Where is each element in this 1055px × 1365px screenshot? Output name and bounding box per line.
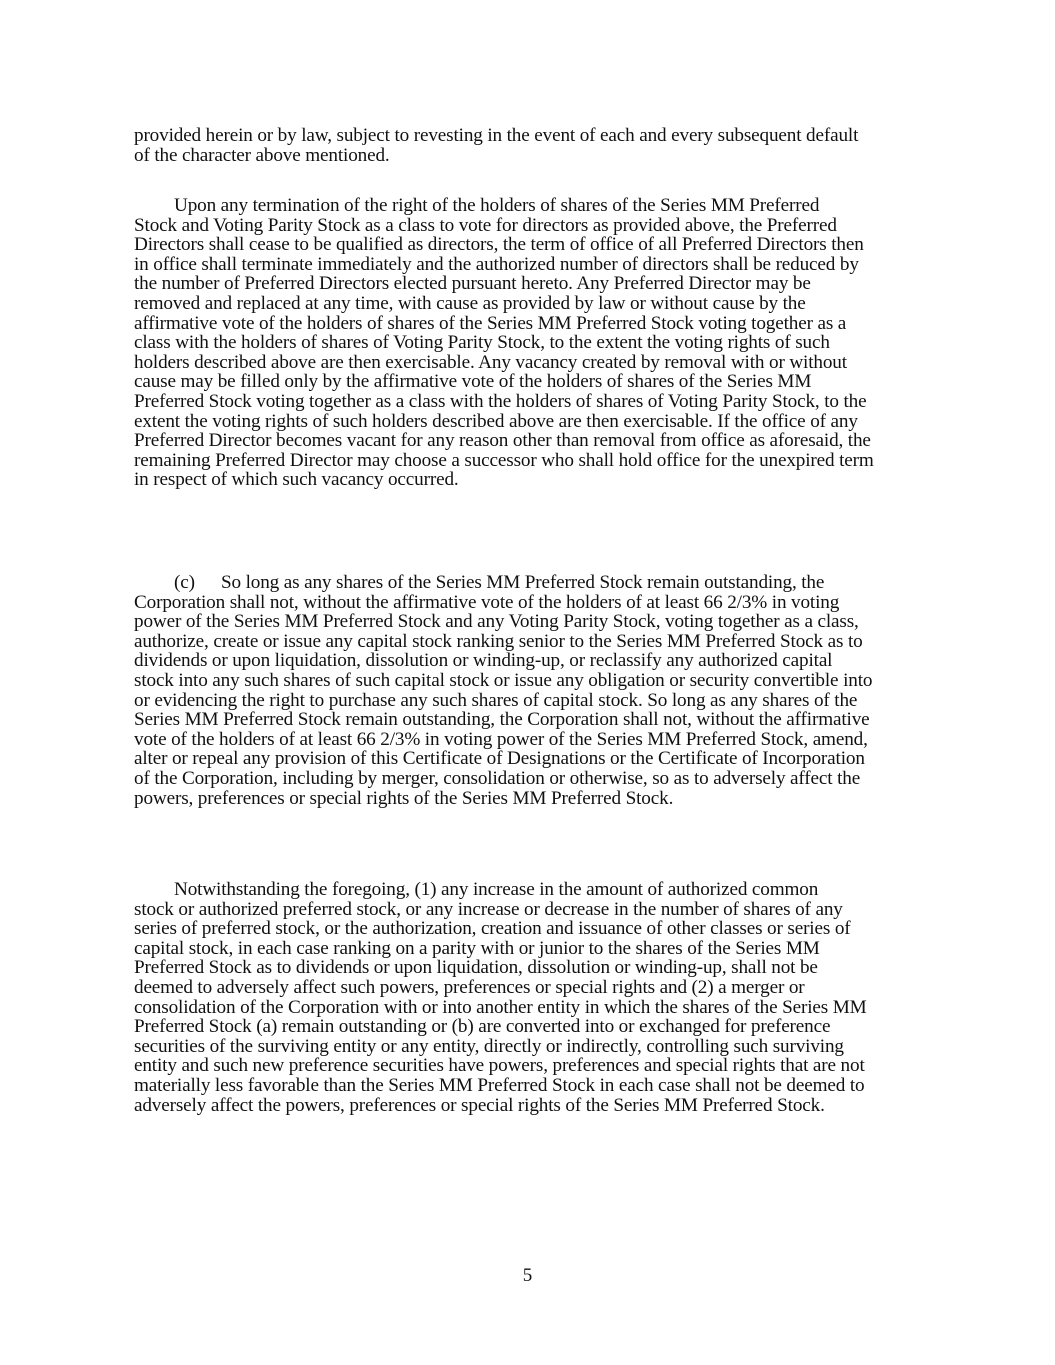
text-line: series of preferred stock, or the author…	[134, 919, 934, 939]
text-line: Directors shall cease to be qualified as…	[134, 235, 934, 255]
text-line: of the Corporation, including by merger,…	[134, 769, 934, 789]
text-line: dividends or upon liquidation, dissoluti…	[134, 651, 934, 671]
text-line: Preferred Stock (a) remain outstanding o…	[134, 1017, 934, 1037]
text-line: adversely affect the powers, preferences…	[134, 1096, 934, 1116]
text-line: Stock and Voting Parity Stock as a class…	[134, 216, 934, 236]
text-line: of the character above mentioned.	[134, 146, 934, 166]
text-line: stock or authorized preferred stock, or …	[134, 900, 934, 920]
text-line: capital stock, in each case ranking on a…	[134, 939, 934, 959]
text-line: securities of the surviving entity or an…	[134, 1037, 934, 1057]
text-line: alter or repeal any provision of this Ce…	[134, 749, 934, 769]
text-line: Preferred Stock voting together as a cla…	[134, 392, 934, 412]
text-line: (c)So long as any shares of the Series M…	[134, 573, 934, 593]
text-line: stock into any such shares of such capit…	[134, 671, 934, 691]
paragraph-continuation: provided herein or by law, subject to re…	[134, 126, 934, 165]
text-line: removed and replaced at any time, with c…	[134, 294, 934, 314]
text-line: deemed to adversely affect such powers, …	[134, 978, 934, 998]
text-line: entity and such new preference securitie…	[134, 1056, 934, 1076]
text-line: in office shall terminate immediately an…	[134, 255, 934, 275]
text-line: remaining Preferred Director may choose …	[134, 451, 934, 471]
page-number: 5	[0, 1266, 1055, 1286]
section-label: (c)	[174, 573, 221, 593]
paragraph-notwithstanding: Notwithstanding the foregoing, (1) any i…	[134, 880, 934, 1115]
text-line: in respect of which such vacancy occurre…	[134, 470, 934, 490]
text-line: materially less favorable than the Serie…	[134, 1076, 934, 1096]
text-line: holders described above are then exercis…	[134, 353, 934, 373]
text-line: provided herein or by law, subject to re…	[134, 126, 934, 146]
paragraph-termination-of-voting-rights: Upon any termination of the right of the…	[134, 196, 934, 490]
text-line: authorize, create or issue any capital s…	[134, 632, 934, 652]
text-line: class with the holders of shares of Voti…	[134, 333, 934, 353]
text-line: extent the voting rights of such holders…	[134, 412, 934, 432]
text-line: Upon any termination of the right of the…	[134, 196, 934, 216]
text-line: Preferred Stock as to dividends or upon …	[134, 958, 934, 978]
text-line: Notwithstanding the foregoing, (1) any i…	[134, 880, 934, 900]
text-line: power of the Series MM Preferred Stock a…	[134, 612, 934, 632]
text-line: Corporation shall not, without the affir…	[134, 593, 934, 613]
text-line: consolidation of the Corporation with or…	[134, 998, 934, 1018]
text-line: vote of the holders of at least 66 2/3% …	[134, 730, 934, 750]
text-line-content: So long as any shares of the Series MM P…	[221, 572, 824, 593]
text-line: affirmative vote of the holders of share…	[134, 314, 934, 334]
text-line: Preferred Director becomes vacant for an…	[134, 431, 934, 451]
paragraph-section-c: (c)So long as any shares of the Series M…	[134, 573, 934, 808]
text-line: Series MM Preferred Stock remain outstan…	[134, 710, 934, 730]
text-line: or evidencing the right to purchase any …	[134, 691, 934, 711]
document-page: provided herein or by law, subject to re…	[0, 0, 1055, 1365]
text-line: the number of Preferred Directors electe…	[134, 274, 934, 294]
text-line: cause may be filled only by the affirmat…	[134, 372, 934, 392]
text-line: powers, preferences or special rights of…	[134, 789, 934, 809]
